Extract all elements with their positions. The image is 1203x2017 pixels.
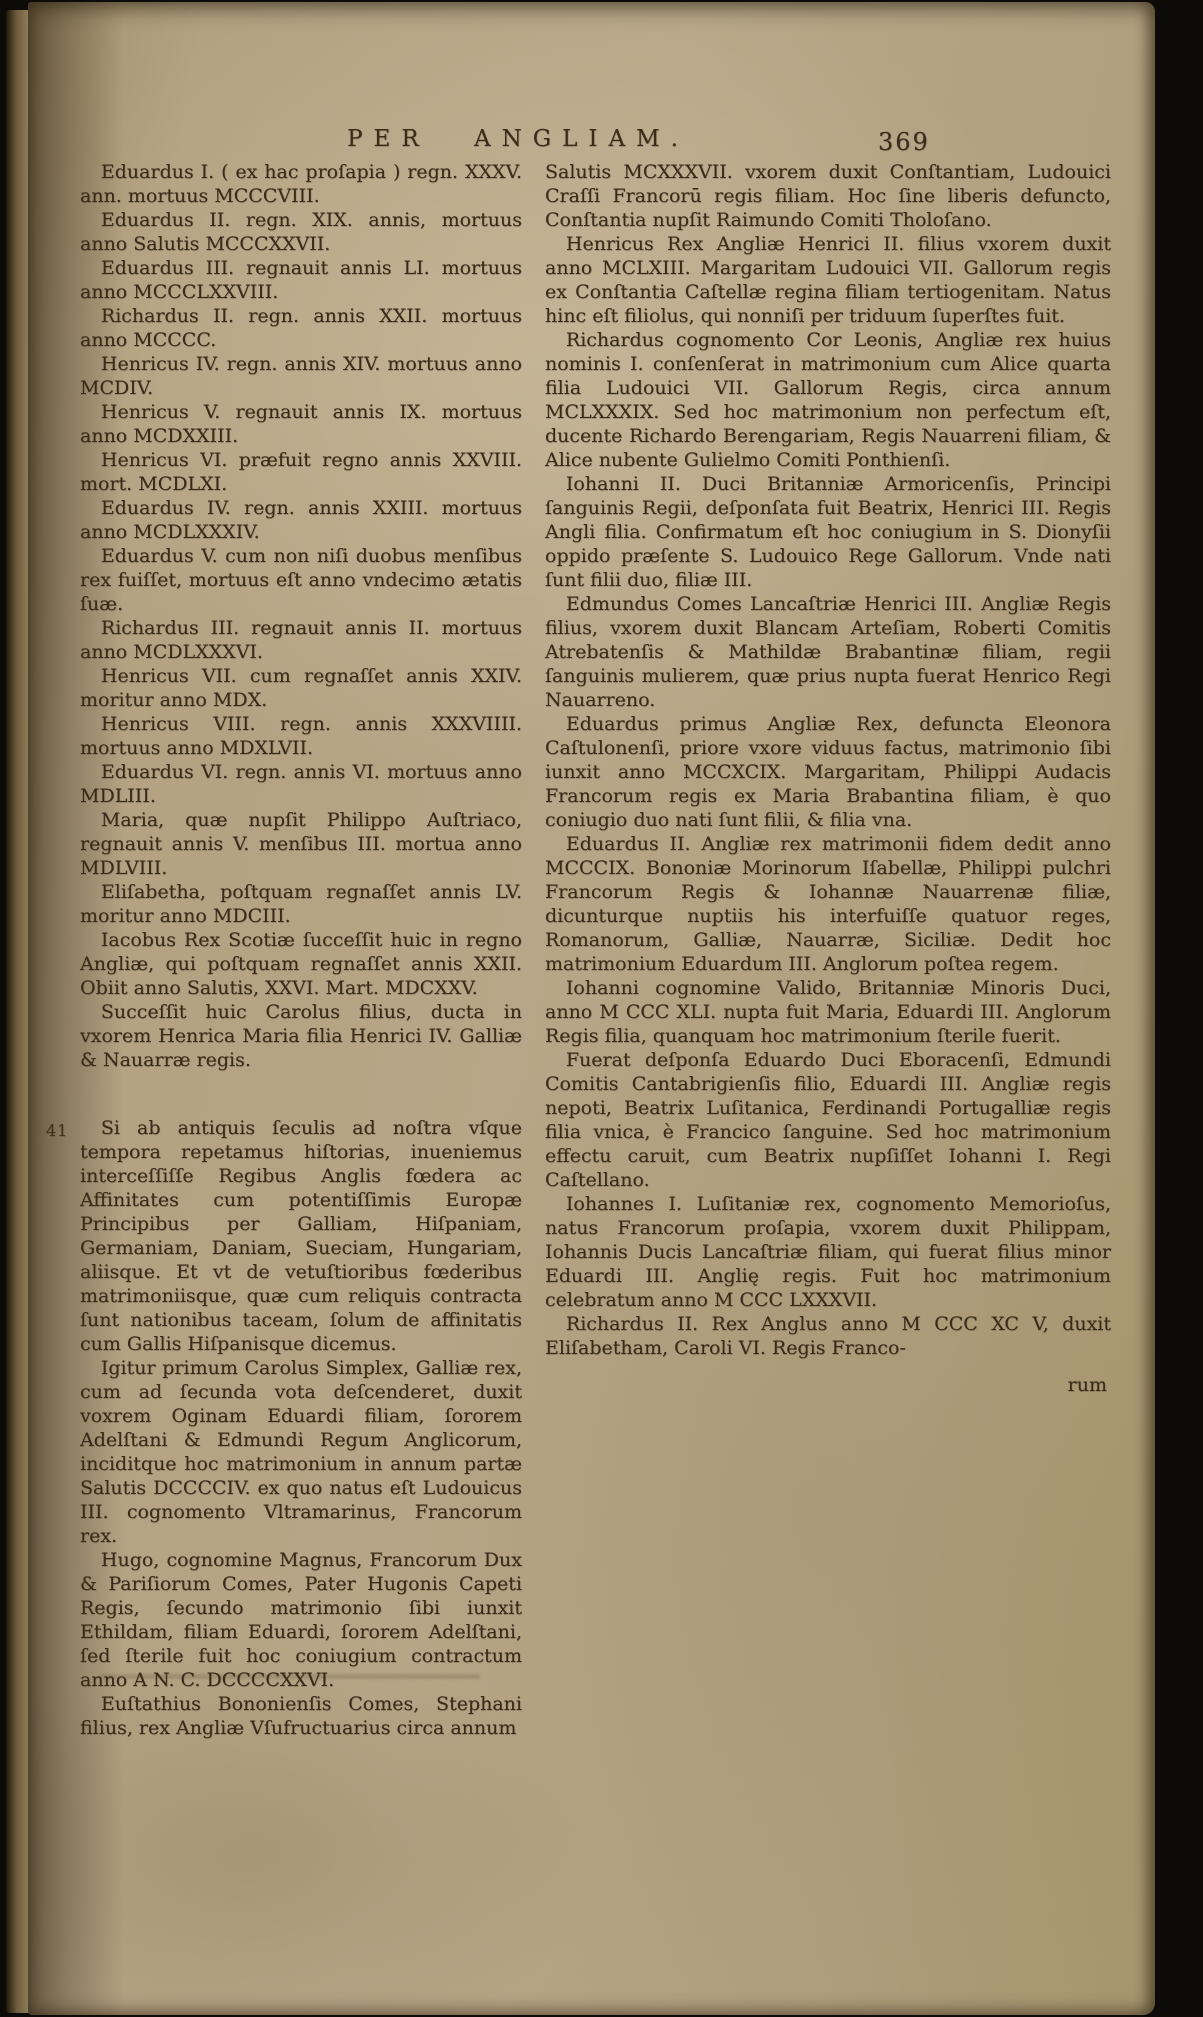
paragraph: Eduardus I. ( ex hac proſapia ) regn. XX… bbox=[80, 160, 522, 208]
paragraph: Eduardus III. regnauit annis LI. mortuus… bbox=[80, 256, 522, 304]
page-number: 369 bbox=[878, 128, 930, 156]
paragraph: 41Si ab antiquis ſeculis ad noſtra vſque… bbox=[80, 1116, 522, 1356]
paragraph: Succeſſit huic Carolus filius, ducta in … bbox=[80, 1000, 522, 1072]
running-head: PER ANGLIAM. bbox=[248, 126, 788, 152]
left-column: Eduardus I. ( ex hac proſapia ) regn. XX… bbox=[80, 160, 522, 1740]
ink-smudge bbox=[100, 1674, 480, 1679]
paragraph: Maria, quæ nupſit Philippo Auſtriaco, re… bbox=[80, 808, 522, 880]
paragraph: Euſtathius Bononienſis Comes, Stephani f… bbox=[80, 1692, 522, 1740]
margin-note: 41 bbox=[46, 1119, 68, 1143]
paragraph: Iohanni II. Duci Britanniæ Armoricenſis,… bbox=[545, 472, 1111, 592]
paragraph: Eduardus primus Angliæ Rex, defuncta Ele… bbox=[545, 712, 1111, 832]
paragraph: Henricus V. regnauit annis IX. mortuus a… bbox=[80, 400, 522, 448]
paragraph: Richardus cognomento Cor Leonis, Angliæ … bbox=[545, 328, 1111, 472]
paragraph: Henricus VIII. regn. annis XXXVIIII. mor… bbox=[80, 712, 522, 760]
catchword: rum bbox=[545, 1373, 1111, 1397]
scanned-book-photo: PER ANGLIAM. 369 Eduardus I. ( ex hac pr… bbox=[0, 0, 1203, 2017]
paragraph: Iohanni cognomine Valido, Britanniæ Mino… bbox=[545, 976, 1111, 1048]
paragraph: Eduardus II. regn. XIX. annis, mortuus a… bbox=[80, 208, 522, 256]
paragraph: Fuerat deſponſa Eduardo Duci Eboracenſi,… bbox=[545, 1048, 1111, 1192]
paragraph: Eduardus IV. regn. annis XXIII. mortuus … bbox=[80, 496, 522, 544]
right-column-paragraphs: Salutis MCXXXVII. vxorem duxit Conſtanti… bbox=[545, 160, 1111, 1360]
book-page: PER ANGLIAM. 369 Eduardus I. ( ex hac pr… bbox=[28, 2, 1155, 2015]
paragraph: Henricus VI. præfuit regno annis XXVIII.… bbox=[80, 448, 522, 496]
paragraph: Henricus IV. regn. annis XIV. mortuus an… bbox=[80, 352, 522, 400]
paragraph: Hugo, cognomine Magnus, Francorum Dux & … bbox=[80, 1548, 522, 1692]
paragraph: Igitur primum Carolus Simplex, Galliæ re… bbox=[80, 1356, 522, 1548]
paragraph: Richardus III. regnauit annis II. mortuu… bbox=[80, 616, 522, 664]
right-column: Salutis MCXXXVII. vxorem duxit Conſtanti… bbox=[545, 160, 1111, 1397]
paragraph: Eliſabetha, poſtquam regnaſſet annis LV.… bbox=[80, 880, 522, 928]
paragraph: Salutis MCXXXVII. vxorem duxit Conſtanti… bbox=[545, 160, 1111, 232]
paragraph: Henricus VII. cum regnaſſet annis XXIV. … bbox=[80, 664, 522, 712]
paragraph: Richardus II. regn. annis XXII. mortuus … bbox=[80, 304, 522, 352]
paragraph: Iohannes I. Luſitaniæ rex, cognomento Me… bbox=[545, 1192, 1111, 1312]
paragraph: Edmundus Comes Lancaſtriæ Henrici III. A… bbox=[545, 592, 1111, 712]
paragraph: Richardus II. Rex Anglus anno M CCC XC V… bbox=[545, 1312, 1111, 1360]
paragraph: Henricus Rex Angliæ Henrici II. filius v… bbox=[545, 232, 1111, 328]
paragraph: Eduardus II. Angliæ rex matrimonii fidem… bbox=[545, 832, 1111, 976]
paragraph: Eduardus VI. regn. annis VI. mortuus ann… bbox=[80, 760, 522, 808]
paragraph: Eduardus V. cum non niſi duobus menſibus… bbox=[80, 544, 522, 616]
paragraph: Iacobus Rex Scotiæ ſucceſſit huic in reg… bbox=[80, 928, 522, 1000]
left-column-paragraphs: Eduardus I. ( ex hac proſapia ) regn. XX… bbox=[80, 160, 522, 1740]
